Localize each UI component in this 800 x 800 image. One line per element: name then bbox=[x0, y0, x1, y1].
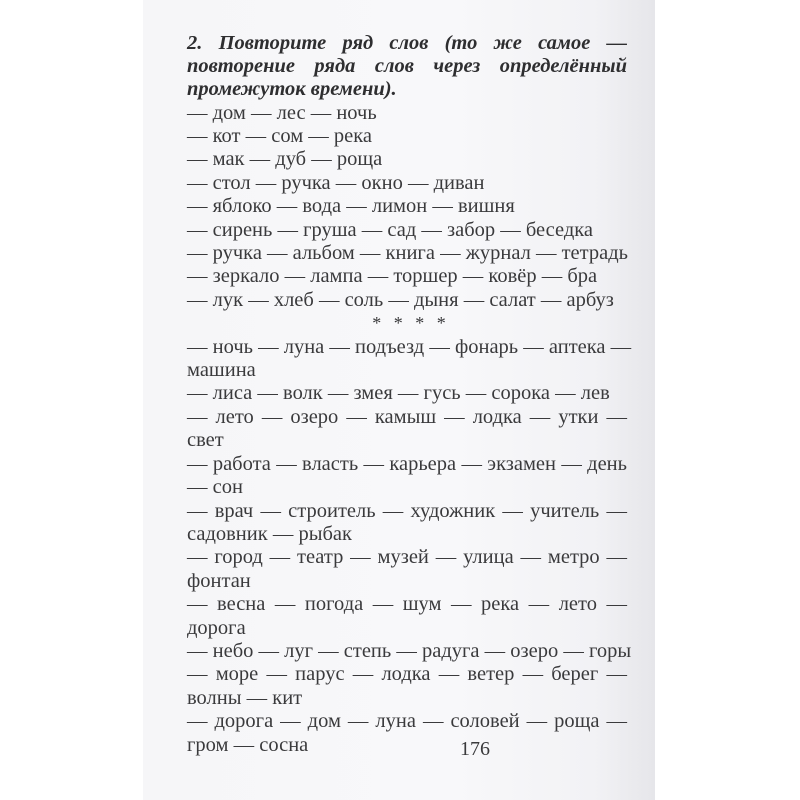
word-row-line: — лиса — волк — змея — гусь — сорока — л… bbox=[187, 382, 627, 405]
word-row: — яблоко — вода — лимон — вишня bbox=[187, 195, 627, 218]
exercise-title-line: повторение ряда слов через определённый bbox=[187, 55, 627, 78]
exercise-title: 2. Повторите ряд слов (то же самое — пов… bbox=[187, 32, 627, 102]
word-row: — дом — лес — ночь bbox=[187, 102, 627, 125]
word-row-line: садовник — рыбак bbox=[187, 523, 627, 546]
word-row: — сирень — груша — сад — забор — беседка bbox=[187, 219, 627, 242]
exercise-title-line: промежуток времени). bbox=[187, 78, 627, 101]
page-content: 2. Повторите ряд слов (то же самое — пов… bbox=[187, 32, 627, 757]
word-row-line: — дом — лес — ночь bbox=[187, 102, 627, 125]
word-row-line: — сон bbox=[187, 476, 627, 499]
word-row-line: — лук — хлеб — соль — дыня — салат — арб… bbox=[187, 289, 627, 312]
page-number: 176 bbox=[455, 738, 495, 761]
word-row-line: — сирень — груша — сад — забор — беседка bbox=[187, 219, 627, 242]
section-separator: * * * * bbox=[187, 312, 627, 335]
word-row-line: — весна — погода — шум — река — лето — bbox=[187, 593, 627, 616]
word-row: — весна — погода — шум — река — лето —до… bbox=[187, 593, 627, 640]
word-row: — кот — сом — река bbox=[187, 125, 627, 148]
word-row-line: — дорога — дом — луна — соловей — роща — bbox=[187, 710, 627, 733]
word-row-line: свет bbox=[187, 429, 627, 452]
word-row: — зеркало — лампа — торшер — ковёр — бра bbox=[187, 265, 627, 288]
word-row-line: — мак — дуб — роща bbox=[187, 148, 627, 171]
word-row: — лук — хлеб — соль — дыня — салат — арб… bbox=[187, 289, 627, 312]
word-row: — дорога — дом — луна — соловей — роща —… bbox=[187, 710, 627, 757]
word-row: — ручка — альбом — книга — журнал — тетр… bbox=[187, 242, 627, 265]
word-row-line: — ручка — альбом — книга — журнал — тетр… bbox=[187, 242, 627, 265]
word-row-line: — работа — власть — карьера — экзамен — … bbox=[187, 453, 627, 476]
word-row-line: — кот — сом — река bbox=[187, 125, 627, 148]
word-row-line: — яблоко — вода — лимон — вишня bbox=[187, 195, 627, 218]
word-list-group-2: — ночь — луна — подъезд — фонарь — аптек… bbox=[187, 336, 627, 757]
word-row-line: волны — кит bbox=[187, 687, 627, 710]
word-row: — море — парус — лодка — ветер — берег —… bbox=[187, 663, 627, 710]
word-row-line: дорога bbox=[187, 617, 627, 640]
word-row-line: гром — сосна bbox=[187, 734, 627, 757]
word-row: — врач — строитель — художник — учитель … bbox=[187, 500, 627, 547]
word-row-line: — лето — озеро — камыш — лодка — утки — bbox=[187, 406, 627, 429]
word-row-line: — ночь — луна — подъезд — фонарь — аптек… bbox=[187, 336, 627, 359]
word-row: — мак — дуб — роща bbox=[187, 148, 627, 171]
word-list-group-1: — дом — лес — ночь— кот — сом — река— ма… bbox=[187, 102, 627, 313]
word-row-line: — зеркало — лампа — торшер — ковёр — бра bbox=[187, 265, 627, 288]
word-row-line: — город — театр — музей — улица — метро … bbox=[187, 546, 627, 569]
word-row-line: машина bbox=[187, 359, 627, 382]
word-row-line: — небо — луг — степь — радуга — озеро — … bbox=[187, 640, 627, 663]
word-row: — работа — власть — карьера — экзамен — … bbox=[187, 453, 627, 500]
word-row: — город — театр — музей — улица — метро … bbox=[187, 546, 627, 593]
word-row-line: — врач — строитель — художник — учитель … bbox=[187, 500, 627, 523]
word-row-line: — стол — ручка — окно — диван bbox=[187, 172, 627, 195]
word-row: — лето — озеро — камыш — лодка — утки —с… bbox=[187, 406, 627, 453]
word-row: — небо — луг — степь — радуга — озеро — … bbox=[187, 640, 627, 663]
word-row: — ночь — луна — подъезд — фонарь — аптек… bbox=[187, 336, 627, 383]
word-row-line: фонтан bbox=[187, 570, 627, 593]
word-row: — стол — ручка — окно — диван bbox=[187, 172, 627, 195]
exercise-title-line: 2. Повторите ряд слов (то же самое — bbox=[187, 32, 627, 55]
word-row-line: — море — парус — лодка — ветер — берег — bbox=[187, 663, 627, 686]
word-row: — лиса — волк — змея — гусь — сорока — л… bbox=[187, 382, 627, 405]
